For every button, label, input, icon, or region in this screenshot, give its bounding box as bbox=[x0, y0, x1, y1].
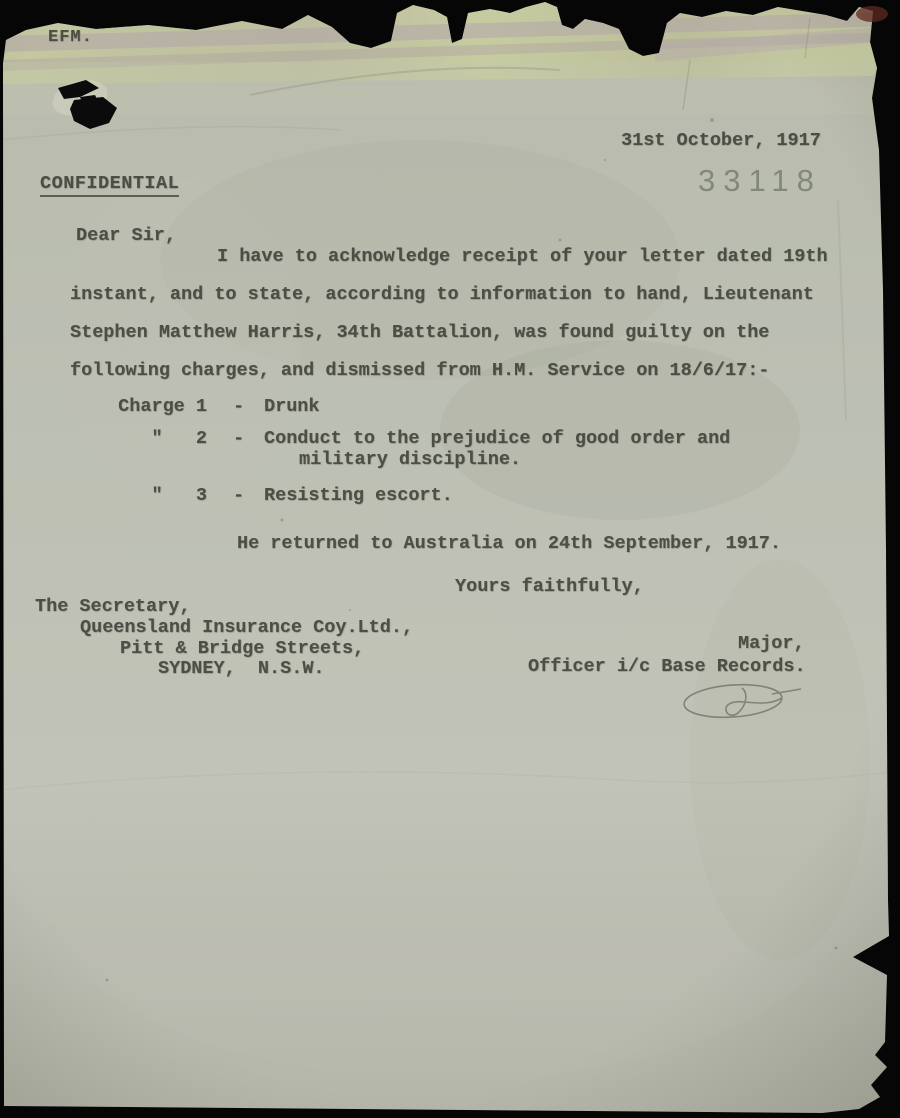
document-scan: EFM. 31st October, 1917 CONFIDENTIAL 331… bbox=[0, 0, 900, 1118]
file-number-stamp: 33118 bbox=[698, 164, 822, 198]
classification-heading: CONFIDENTIAL bbox=[40, 174, 179, 197]
body-line: I have to acknowledge receipt of your le… bbox=[217, 247, 828, 267]
return-statement: He returned to Australia on 24th Septemb… bbox=[237, 534, 781, 554]
charge-label: Charge 1 bbox=[65, 397, 207, 417]
salutation: Dear Sir, bbox=[76, 226, 176, 246]
reference-initials: EFM. bbox=[48, 29, 93, 48]
charge-separator: - bbox=[233, 429, 244, 449]
sender-office: Officer i/c Base Records. bbox=[528, 657, 806, 677]
charge-text: Conduct to the prejudice of good order a… bbox=[264, 429, 730, 449]
body-line: Stephen Matthew Harris, 34th Battalion, … bbox=[70, 323, 769, 343]
body-line: instant, and to state, according to info… bbox=[70, 285, 814, 305]
charge-text-continuation: military discipline. bbox=[299, 450, 521, 470]
charge-separator: - bbox=[233, 397, 244, 417]
recipient-line: Queensland Insurance Coy.Ltd., bbox=[80, 618, 413, 638]
body-line: following charges, and dismissed from H.… bbox=[70, 361, 769, 381]
charge-label: " 3 bbox=[65, 486, 207, 506]
recipient-line: The Secretary, bbox=[35, 597, 190, 617]
charge-separator: - bbox=[233, 486, 244, 506]
charge-text: Resisting escort. bbox=[264, 486, 453, 506]
sender-rank: Major, bbox=[738, 634, 805, 654]
corner-stain bbox=[856, 6, 888, 22]
recipient-line: Pitt & Bridge Streets, bbox=[120, 639, 364, 659]
letter-date: 31st October, 1917 bbox=[621, 131, 821, 151]
charge-text: Drunk bbox=[264, 397, 320, 417]
valediction: Yours faithfully, bbox=[455, 577, 644, 597]
charge-label: " 2 bbox=[65, 429, 207, 449]
recipient-line: SYDNEY, N.S.W. bbox=[158, 659, 325, 679]
